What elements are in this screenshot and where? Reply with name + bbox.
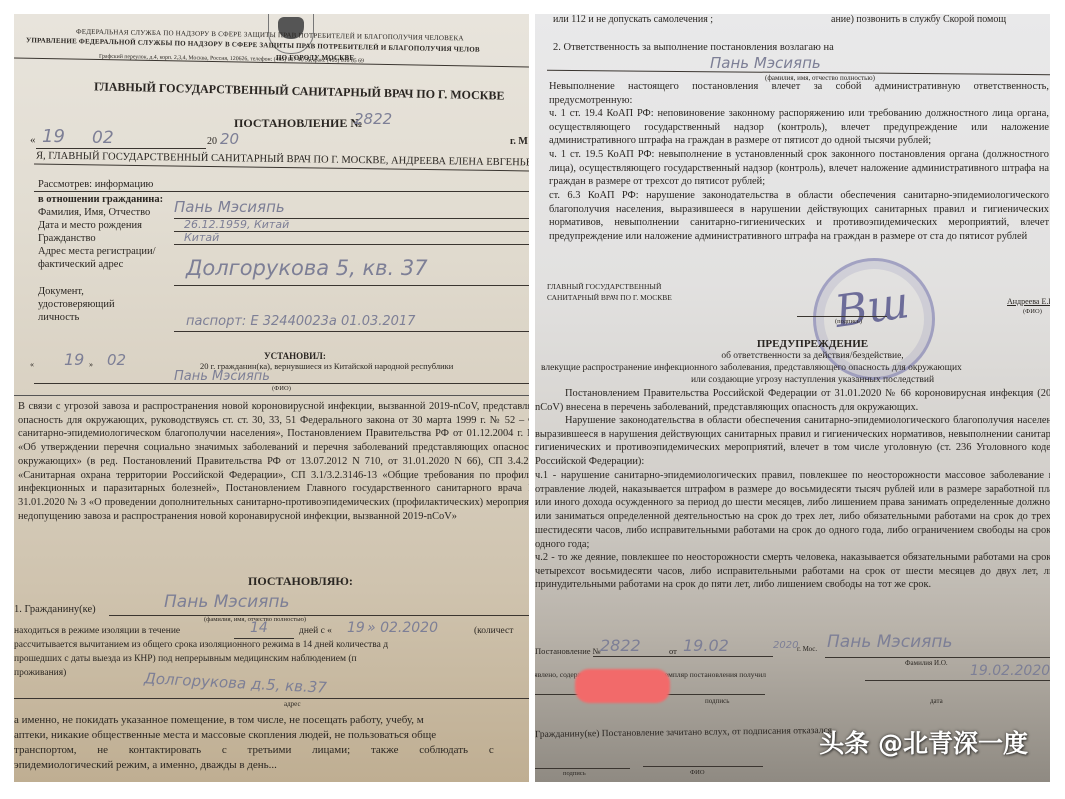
- field-value-citizenship: Китай: [184, 231, 219, 244]
- resolve-heading: ПОСТАНОВЛЯЮ:: [248, 574, 353, 589]
- receipt-date: 19.02: [683, 636, 729, 655]
- top-line-left: или 112 и не допускать самолечения ;: [553, 14, 713, 25]
- receipt-prefix: Постановление №: [535, 646, 601, 656]
- isolation-line-5: а именно, не покидать указанное помещени…: [14, 714, 424, 726]
- field-value-address: Долгорукова 5, кв. 37: [186, 256, 428, 280]
- receipt-name-caption: Фамилия И.О.: [905, 659, 948, 667]
- isolation-line-3: прошедших с даты выезда из КНР) под непр…: [14, 654, 357, 664]
- signer-title-1: ГЛАВНЫЙ ГОСУДАРСТВЕННЫЙ: [547, 282, 661, 291]
- responsibility-name: Пань Мэсияпь: [710, 54, 821, 72]
- top-line-right: ание) позвонить в службу Скорой помощ: [831, 14, 1006, 25]
- field-value-birth: 26.12.1959, Китай: [184, 218, 289, 231]
- isolation-start-day: 19: [347, 620, 365, 636]
- legal-basis-paragraph: В связи с угрозой завоза и распространен…: [18, 400, 529, 523]
- field-value-name: Пань Мэсияпь: [174, 198, 285, 216]
- established-name: Пань Мэсияпь: [174, 369, 270, 384]
- isolation-line-mid: дней с «: [299, 626, 332, 636]
- receipt-number: 2822: [600, 636, 641, 655]
- warning-subtitle-1: об ответственности за действия/бездейств…: [575, 351, 1050, 361]
- decree-year: 20: [220, 130, 239, 148]
- established-day: 19: [64, 350, 84, 369]
- article-19-5: ч. 1 ст. 19.5 КоАП РФ: невыполнение в ус…: [549, 148, 1049, 189]
- warning-subtitle-2: влекущие распространение инфекционного з…: [541, 363, 962, 373]
- resolution-name: Пань Мэсияпь: [164, 592, 290, 612]
- isolation-line-2: рассчитывается вычитанием из общего срок…: [14, 640, 388, 650]
- signature-caption: (подпись): [835, 318, 862, 325]
- warning-para-2: Нарушение законодательства в области обе…: [535, 414, 1050, 469]
- field-label-address: Адрес места регистрации/фактический адре…: [38, 245, 168, 271]
- decree-number: 2822: [354, 110, 392, 128]
- right-document-photo: или 112 и не допускать самолечения ; ани…: [535, 14, 1050, 782]
- signer-name: Андреева Е.Е.: [1007, 297, 1050, 306]
- signer-name-caption: (ФИО): [1023, 308, 1042, 315]
- signature-icon: Вш: [832, 277, 912, 338]
- receipt-year: 2020: [773, 640, 798, 651]
- decree-month: 02: [92, 128, 114, 148]
- liability-text: Невыполнение настоящего постановления вл…: [549, 80, 1049, 107]
- resolution-item-label: 1. Гражданину(ке): [14, 604, 96, 615]
- receipt-received-date: 19.02.2020: [970, 663, 1050, 679]
- isolation-line-4: проживания): [14, 668, 66, 678]
- receipt-name: Пань Мэсияпь: [827, 632, 953, 652]
- warning-para-1: Постановлением Правительства Российской …: [535, 387, 1050, 414]
- left-document-photo: ФЕДЕРАЛЬНАЯ СЛУЖБА ПО НАДЗОРУ В СФЕРЕ ЗА…: [14, 14, 529, 782]
- reviewed-label: Рассмотрев: информацию: [38, 178, 153, 191]
- refusal-fio-caption: ФИО: [690, 769, 705, 776]
- warning-heading: ПРЕДУПРЕЖДЕНИЕ: [575, 338, 1050, 350]
- field-label-name: Фамилия, Имя, Отчество: [38, 206, 150, 219]
- doctor-title: ГЛАВНЫЙ ГОСУДАРСТВЕННЫЙ САНИТАРНЫЙ ВРАЧ …: [94, 79, 505, 103]
- isolation-address-caption: адрес: [284, 700, 301, 708]
- decree-year-prefix: 20: [207, 136, 217, 147]
- isolation-line-8: эпидемиологический режим, а именно, дваж…: [14, 759, 277, 771]
- decree-label: ПОСТАНОВЛЕНИЕ №: [234, 116, 362, 131]
- isolation-address: Долгорукова д.5, кв.37: [144, 669, 328, 697]
- receipt-city: г. Мос.: [797, 645, 817, 653]
- refusal-sig-caption: подпись: [563, 770, 586, 777]
- receipt-signature-caption: подпись: [705, 697, 729, 705]
- article-6-3: ст. 6.3 КоАП РФ: нарушение законодательс…: [549, 189, 1049, 244]
- responsibility-label: 2. Ответственность за выполнение постано…: [553, 42, 834, 53]
- issuer-line: Я, ГЛАВНЫЙ ГОСУДАРСТВЕННЫЙ САНИТАРНЫЙ ВР…: [36, 150, 529, 168]
- isolation-line-7: транспортом, не контактировать с третьим…: [14, 744, 494, 756]
- isolation-line-6: аптеки, никакие общественные места и мас…: [14, 729, 436, 741]
- decree-day: 19: [42, 126, 65, 147]
- isolation-line-suffix: (количест: [474, 626, 513, 636]
- warning-para-4: ч.2 - то же деяние, повлекшее по неостор…: [535, 551, 1050, 592]
- receipt-from: от: [669, 646, 677, 656]
- field-label-citizenship: Гражданство: [38, 232, 96, 245]
- isolation-days: 14: [250, 620, 268, 636]
- article-19-4: ч. 1 ст. 19.4 КоАП РФ: неповиновение зак…: [549, 107, 1049, 148]
- signer-title-2: САНИТАРНЫЙ ВРАЧ ПО Г. МОСКВЕ: [547, 293, 672, 302]
- established-heading: УСТАНОВИЛ:: [264, 351, 326, 361]
- field-label-birth: Дата и место рождения: [38, 219, 142, 232]
- isolation-start-date: » 02.2020: [367, 620, 438, 636]
- refusal-line: Гражданину(ке) Постановление зачитано вс…: [535, 726, 832, 740]
- field-label-id-document: Документ, удостоверяющий личность: [38, 285, 158, 324]
- isolation-line-prefix: находиться в режиме изоляции в течение: [14, 626, 180, 636]
- field-value-id-document: паспорт: Е 32440023а 01.03.2017: [186, 314, 415, 329]
- warning-para-3: ч.1 - нарушение санитарно-эпидемиологиче…: [535, 469, 1050, 551]
- decree-city: г. М: [510, 136, 528, 147]
- citizen-heading: в отношении гражданина:: [38, 193, 163, 206]
- established-month: 02: [107, 351, 126, 369]
- redaction-mark: [575, 669, 670, 703]
- established-caption: (ФИО): [272, 385, 291, 392]
- receipt-date-caption: дата: [930, 697, 943, 705]
- source-watermark: 头条 @北青深一度: [819, 724, 1028, 760]
- warning-subtitle-3: или создающие угрозу наступления указанн…: [575, 375, 1050, 385]
